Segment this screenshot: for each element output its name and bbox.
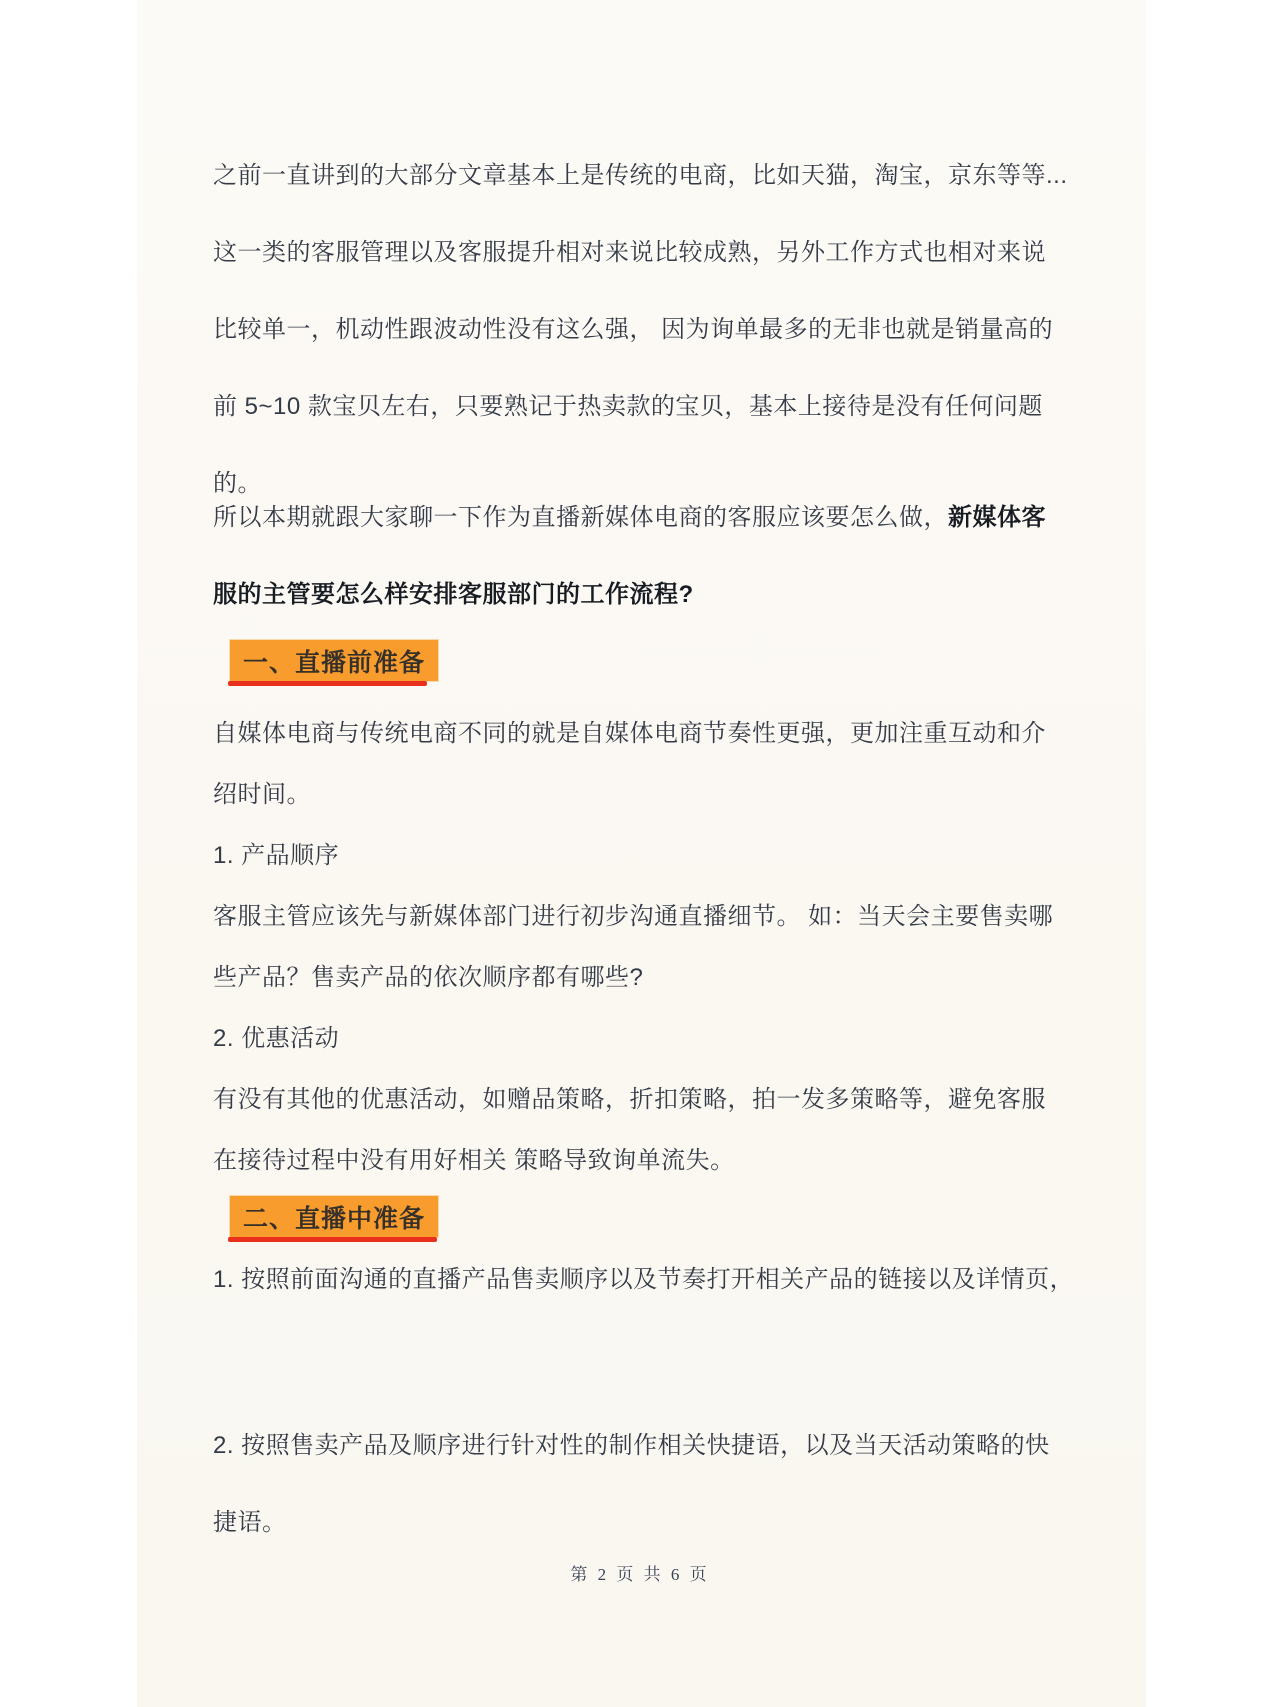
section1-line: 有没有其他的优惠活动，如赠品策略，折扣策略，拍一发多策略等，避免客服 <box>213 1082 1046 1118</box>
section1-line: 客服主管应该先与新媒体部门进行初步沟通直播细节。 如：当天会主要售卖哪 <box>213 899 1053 935</box>
paragraph-line: 这一类的客服管理以及客服提升相对来说比较成熟，另外工作方式也相对来说 <box>213 235 1046 271</box>
heading-underline-1 <box>228 681 427 686</box>
heading-underline-2 <box>228 1237 437 1242</box>
paragraph-bold-text: 新媒体客 <box>948 504 1046 531</box>
section1-list-item: 2. 优惠活动 <box>213 1021 339 1057</box>
paragraph-text: 所以本期就跟大家聊一下作为直播新媒体电商的客服应该要怎么做， <box>213 504 948 531</box>
section2-line: 捷语。 <box>213 1505 287 1541</box>
section1-line: 些产品？售卖产品的依次顺序都有哪些? <box>213 960 643 996</box>
section-heading-2: 二、直播中准备 <box>230 1196 438 1237</box>
section1-list-item: 1. 产品顺序 <box>213 838 339 874</box>
section1-line: 在接待过程中没有用好相关 策略导致询单流失。 <box>213 1143 735 1179</box>
section-heading-1: 一、直播前准备 <box>230 640 438 681</box>
paragraph-line: 的。 <box>213 466 262 502</box>
section2-list-item: 1. 按照前面沟通的直播产品售卖顺序以及节奏打开相关产品的链接以及详情页， <box>213 1262 1074 1298</box>
page-number-footer: 第 2 页 共 6 页 <box>0 1560 1280 1585</box>
paragraph-line: 比较单一，机动性跟波动性没有这么强， 因为询单最多的无非也就是销量高的 <box>213 312 1053 348</box>
document-screenshot: 之前一直讲到的大部分文章基本上是传统的电商，比如天猫，淘宝，京东等等... 这一… <box>0 0 1280 1707</box>
section2-list-item: 2. 按照售卖产品及顺序进行针对性的制作相关快捷语，以及当天活动策略的快 <box>213 1428 1050 1464</box>
paragraph-line: 之前一直讲到的大部分文章基本上是传统的电商，比如天猫，淘宝，京东等等... <box>213 158 1068 194</box>
paragraph-line: 所以本期就跟大家聊一下作为直播新媒体电商的客服应该要怎么做，新媒体客 <box>213 500 1046 536</box>
section1-line: 绍时间。 <box>213 777 311 813</box>
section1-line: 自媒体电商与传统电商不同的就是自媒体电商节奏性更强，更加注重互动和介 <box>213 716 1046 752</box>
paragraph-bold-line: 服的主管要怎么样安排客服部门的工作流程? <box>213 577 694 613</box>
paragraph-line: 前 5~10 款宝贝左右，只要熟记于热卖款的宝贝，基本上接待是没有任何问题 <box>213 389 1043 425</box>
